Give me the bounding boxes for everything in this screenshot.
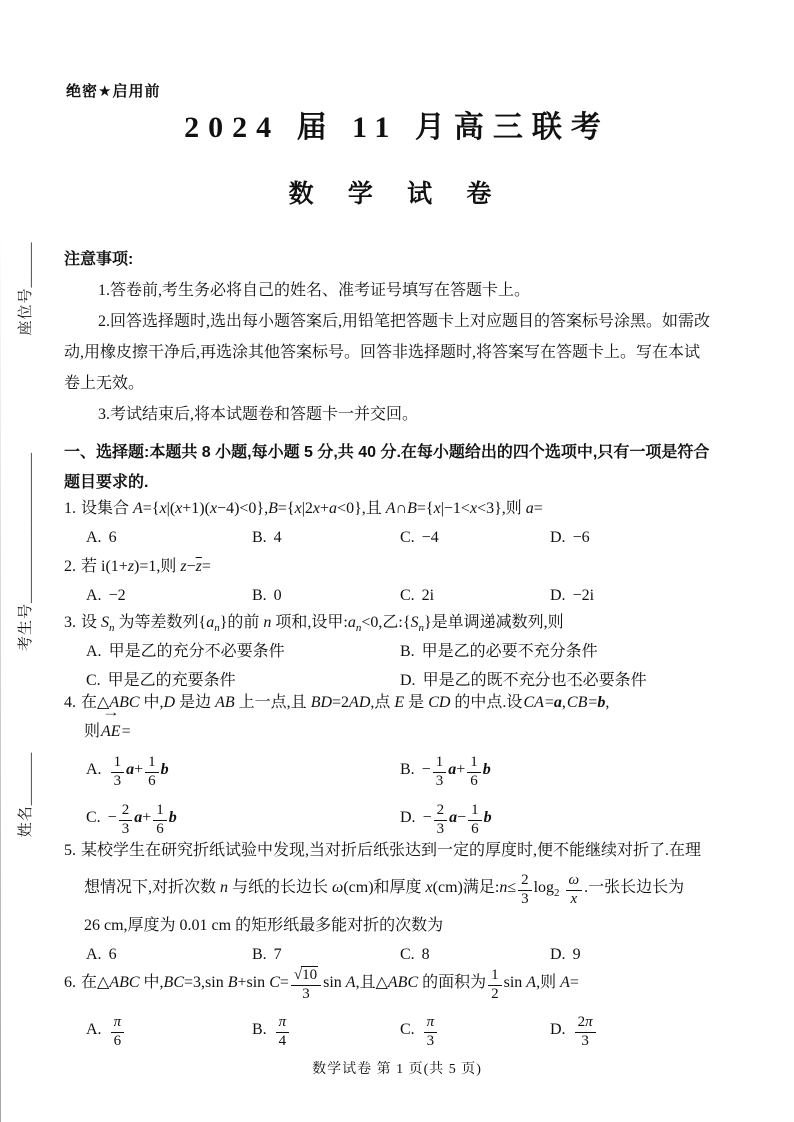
options-row: A.−2B.0C.2iD.−2i xyxy=(64,581,734,610)
radicand: 10 xyxy=(301,966,318,983)
option: C.−4 xyxy=(400,523,550,552)
math-var: B xyxy=(268,500,278,517)
question: 1.设集合 A={x|(x+1)(x−4)<0},B={x|2x+a<0},且 … xyxy=(64,494,734,552)
math-var: A xyxy=(386,500,396,517)
math-vector-symbol: b xyxy=(169,809,177,826)
math-vector-symbol: a xyxy=(449,809,457,826)
math-subscript: n xyxy=(214,622,220,634)
math-fraction: π6 xyxy=(111,1015,125,1050)
option: B.4 xyxy=(252,523,400,552)
question-line: 则→AE= xyxy=(64,717,734,746)
fraction-numerator: √10 xyxy=(291,968,321,986)
question-number: 2. xyxy=(64,558,76,575)
question-line: 1.设集合 A={x|(x+1)(x−4)<0},B={x|2x+a<0},且 … xyxy=(64,494,734,523)
question: 2.若 i(1+z)=1,则 z−z=A.−2B.0C.2iD.−2i xyxy=(64,552,734,610)
math-var: n xyxy=(499,879,507,896)
fraction-denominator: 6 xyxy=(145,773,159,790)
option-label: B. xyxy=(400,761,415,778)
seal-field-candidate-number: 考生号____________________ xyxy=(14,453,35,651)
option-label: B. xyxy=(252,1021,267,1038)
question-line: 26 cm,厚度为 0.01 cm 的矩形纸最多能对折的次数为 xyxy=(64,911,734,940)
fraction-denominator: 3 xyxy=(111,773,125,790)
math-fraction: 23 xyxy=(434,803,448,838)
math-var: π xyxy=(114,1014,122,1030)
question: 3.设 Sn 为等差数列{an}的前 n 项和,设甲:an<0,乙:{Sn}是单… xyxy=(64,608,734,695)
options-row: A.6B.4C.−4D.−6 xyxy=(64,523,734,552)
option-label: C. xyxy=(86,809,101,826)
math-subscript: 2 xyxy=(554,887,560,899)
question-line: 3.设 Sn 为等差数列{an}的前 n 项和,设甲:an<0,乙:{Sn}是单… xyxy=(64,608,734,637)
option: A.−2 xyxy=(86,581,252,610)
fraction-numerator: π xyxy=(424,1015,438,1033)
option: A.6 xyxy=(86,523,252,552)
math-var: BD xyxy=(311,694,332,711)
notice-line: 1.答卷前,考生务必将自己的姓名、准考证号填写在答题卡上。 xyxy=(64,275,734,306)
question-line: 2.若 i(1+z)=1,则 z−z= xyxy=(64,552,734,581)
math-var: z xyxy=(128,558,134,575)
fraction-numerator: 1 xyxy=(145,755,159,773)
option-label: A. xyxy=(86,529,102,546)
math-var: AE xyxy=(101,723,121,740)
math-fraction: √103 xyxy=(291,968,321,1003)
math-var: π xyxy=(279,1014,287,1030)
math-var: z xyxy=(180,558,186,575)
option: C.2i xyxy=(400,581,550,610)
math-vector-symbol: b xyxy=(597,694,605,711)
math-var: Sn xyxy=(101,614,115,631)
math-subscript: n xyxy=(419,622,425,634)
fraction-numerator: 1 xyxy=(467,755,481,773)
math-fraction: 2π3 xyxy=(575,1015,596,1050)
math-sqrt: √10 xyxy=(294,967,318,983)
math-var: CB xyxy=(567,694,587,711)
math-vector-symbol: b xyxy=(483,761,491,778)
math-var: a xyxy=(329,500,337,517)
question-line: 4.在△ABC 中,D 是边 AB 上一点,且 BD=2AD,点 E 是 CD … xyxy=(64,688,734,717)
fraction-numerator: 1 xyxy=(111,755,125,773)
fraction-numerator: 2 xyxy=(119,803,133,821)
seal-field-label: 姓名 xyxy=(18,805,34,837)
fraction-denominator: 3 xyxy=(518,891,532,908)
fraction-denominator: 4 xyxy=(276,1033,290,1050)
fraction-denominator: 2 xyxy=(488,986,502,1003)
math-var: B xyxy=(228,974,238,991)
math-var: A xyxy=(526,974,536,991)
math-fraction: 16 xyxy=(468,803,482,838)
option-label: B. xyxy=(400,643,415,660)
option: D.−2i xyxy=(550,581,734,610)
fraction-numerator: 1 xyxy=(468,803,482,821)
section-header-line: 一、选择题:本题共 8 小题,每小题 5 分,共 40 分.在每小题给出的四个选… xyxy=(64,438,734,468)
math-vector: →AE xyxy=(100,717,122,746)
notice-heading: 注意事项: xyxy=(64,244,734,275)
fraction-denominator: 3 xyxy=(424,1033,438,1050)
question-line: 5.某校学生在研究折纸试验中发现,当对折后纸张达到一定的厚度时,便不能继续对折了… xyxy=(64,836,734,865)
fraction-numerator: π xyxy=(276,1015,290,1033)
option-label: C. xyxy=(400,529,415,546)
option: A.13a+16b xyxy=(86,746,400,794)
seal-field-label: 座位号 xyxy=(18,287,34,335)
vector-arrow-icon: → xyxy=(525,677,543,689)
math-var: x xyxy=(470,500,477,517)
options-row: A.13a+16bB.−13a+16bC.−23a+16bD.−23a−16b xyxy=(64,746,734,842)
math-subscript: n xyxy=(109,622,115,634)
classification-label: 绝密★启用前 xyxy=(66,80,160,101)
option: D.−6 xyxy=(550,523,734,552)
math-var: n xyxy=(263,614,271,631)
math-var: x xyxy=(313,500,320,517)
question-number: 1. xyxy=(64,500,76,517)
option: D.2π3 xyxy=(550,1006,734,1054)
math-var: ω xyxy=(569,872,580,888)
options-row: A.π6B.π4C.π3D.2π3 xyxy=(64,1006,734,1054)
seal-field-name: 姓名_______ xyxy=(14,753,35,838)
math-vector-symbol: a xyxy=(448,761,456,778)
notice-list: 1.答卷前,考生务必将自己的姓名、准考证号填写在答题卡上。2.回答选择题时,选出… xyxy=(64,275,734,430)
math-var: x xyxy=(571,891,578,907)
math-var: a xyxy=(526,500,534,517)
fraction-numerator: 2 xyxy=(434,803,448,821)
option-label: B. xyxy=(252,587,267,604)
option: D.−23a−16b xyxy=(400,794,734,842)
fraction-numerator: 2π xyxy=(575,1015,596,1033)
math-conjugate: z xyxy=(196,558,202,575)
fraction-numerator: 1 xyxy=(153,803,167,821)
math-var: n xyxy=(220,879,228,896)
fraction-denominator: 3 xyxy=(291,986,321,1003)
notice-section: 注意事项: 1.答卷前,考生务必将自己的姓名、准考证号填写在答题卡上。2.回答选… xyxy=(64,244,734,430)
math-vector-symbol: a xyxy=(134,809,142,826)
math-var: x xyxy=(434,500,441,517)
question: 6.在△ABC 中,BC=3,sin B+sin C=√103sin A,且△A… xyxy=(64,960,734,1054)
option-label: D. xyxy=(550,529,566,546)
fraction-denominator: 3 xyxy=(575,1033,596,1050)
math-var: B xyxy=(407,500,417,517)
option-label: A. xyxy=(86,587,102,604)
math-var: x xyxy=(295,500,302,517)
vector-arrow-icon: → xyxy=(102,706,120,718)
options-row: A.甲是乙的充分不必要条件B.甲是乙的必要不充分条件C.甲是乙的充要条件D.甲是… xyxy=(64,637,734,695)
question-line: 6.在△ABC 中,BC=3,sin B+sin C=√103sin A,且△A… xyxy=(64,960,734,1006)
math-var: D xyxy=(164,694,176,711)
math-vector: →CA xyxy=(522,688,544,717)
seal-blank-line: _______ xyxy=(18,753,34,806)
option: B.−13a+16b xyxy=(400,746,734,794)
math-fraction: π3 xyxy=(424,1015,438,1050)
option: C.−23a+16b xyxy=(86,794,400,842)
math-subscript: n xyxy=(356,622,362,634)
math-vector: →CB xyxy=(566,688,588,717)
option: A.π6 xyxy=(86,1006,252,1054)
seal-blank-line: ______ xyxy=(18,242,34,287)
math-fraction: 16 xyxy=(153,803,167,838)
math-fraction: 13 xyxy=(433,755,447,790)
page-footer: 数学试卷 第 1 页(共 5 页) xyxy=(0,1058,794,1078)
vector-arrow-icon: → xyxy=(568,677,586,689)
fraction-numerator: 2 xyxy=(518,873,532,891)
seal-field-seat-number: 座位号______ xyxy=(14,242,35,335)
math-var: x xyxy=(426,879,433,896)
math-var: π xyxy=(585,1014,593,1030)
fraction-numerator: π xyxy=(111,1015,125,1033)
question-number: 3. xyxy=(64,614,76,631)
fraction-denominator: x xyxy=(566,891,583,908)
math-var: π xyxy=(427,1014,435,1030)
option-label: B. xyxy=(252,529,267,546)
fraction-denominator: 6 xyxy=(467,773,481,790)
question-line: 想情况下,对折次数 n 与纸的长边长 ω(cm)和厚度 x(cm)满足:n≤23… xyxy=(64,865,734,911)
math-var: an xyxy=(348,614,362,631)
math-var: CA xyxy=(523,694,543,711)
question: 5.某校学生在研究折纸试验中发现,当对折后纸张达到一定的厚度时,便不能继续对折了… xyxy=(64,836,734,969)
option-label: A. xyxy=(86,1021,102,1038)
question-number: 5. xyxy=(64,842,76,859)
math-vector-symbol: a xyxy=(126,761,134,778)
math-vector-symbol: a xyxy=(554,694,562,711)
fraction-denominator: 6 xyxy=(111,1033,125,1050)
math-var: BC xyxy=(164,974,184,991)
math-var: CD xyxy=(428,694,450,711)
math-var: A xyxy=(560,974,570,991)
question: 4.在△ABC 中,D 是边 AB 上一点,且 BD=2AD,点 E 是 CD … xyxy=(64,688,734,842)
math-var: ABC xyxy=(109,974,139,991)
option-label: C. xyxy=(86,672,101,689)
option-label: C. xyxy=(400,1021,415,1038)
option: B.π4 xyxy=(252,1006,400,1054)
notice-line: 2.回答选择题时,选出每小题答案后,用铅笔把答题卡上对应题目的答案标号涂黑。如需… xyxy=(64,306,734,337)
fraction-numerator: ω xyxy=(566,873,583,891)
option-label: D. xyxy=(550,1021,566,1038)
exam-title: 2024 届 11 月高三联考 xyxy=(0,102,794,146)
math-fraction: 16 xyxy=(467,755,481,790)
math-var: C xyxy=(269,974,280,991)
option: B.0 xyxy=(252,581,400,610)
math-var: an xyxy=(206,614,220,631)
math-vector-symbol: b xyxy=(484,809,492,826)
math-fraction: 23 xyxy=(518,873,532,908)
math-var: AB xyxy=(215,694,235,711)
option-label: D. xyxy=(400,672,416,689)
math-fraction: 12 xyxy=(488,968,502,1003)
option-label: D. xyxy=(400,809,416,826)
fraction-denominator: 3 xyxy=(433,773,447,790)
math-var: x xyxy=(175,500,182,517)
notice-line: 3.考试结束后,将本试题卷和答题卡一并交回。 xyxy=(64,399,734,430)
exam-page: 绝密★启用前 2024 届 11 月高三联考 数 学 试 卷 座位号______… xyxy=(0,0,794,1122)
math-var: E xyxy=(394,694,404,711)
fraction-numerator: 1 xyxy=(488,968,502,986)
math-var: ABC xyxy=(388,974,418,991)
math-fraction: 13 xyxy=(111,755,125,790)
math-vector-symbol: b xyxy=(161,761,169,778)
section-header: 一、选择题:本题共 8 小题,每小题 5 分,共 40 分.在每小题给出的四个选… xyxy=(64,438,734,498)
math-var: A xyxy=(346,974,356,991)
math-var: A xyxy=(133,500,143,517)
math-fraction: π4 xyxy=(276,1015,290,1050)
fraction-numerator: 1 xyxy=(433,755,447,773)
question-number: 6. xyxy=(64,974,76,991)
option-label: A. xyxy=(86,761,102,778)
option: C.π3 xyxy=(400,1006,550,1054)
option-label: C. xyxy=(400,587,415,604)
math-var: Sn xyxy=(411,614,425,631)
math-var: x xyxy=(210,500,217,517)
option: A.甲是乙的充分不必要条件 xyxy=(86,637,400,666)
math-var: ω xyxy=(332,879,343,896)
exam-subtitle: 数 学 试 卷 xyxy=(0,174,794,210)
seal-field-label: 考生号 xyxy=(18,603,34,651)
option-label: A. xyxy=(86,643,102,660)
question-number: 4. xyxy=(64,694,76,711)
math-var: AD xyxy=(349,694,370,711)
option-label: D. xyxy=(550,587,566,604)
math-fraction: 16 xyxy=(145,755,159,790)
seal-blank-line: ____________________ xyxy=(18,453,34,603)
notice-line: 动,用橡皮擦干净后,再选涂其他答案标号。回答非选择题时,将答案写在答题卡上。写在… xyxy=(64,337,734,368)
math-fraction: 23 xyxy=(119,803,133,838)
notice-line: 卷上无效。 xyxy=(64,368,734,399)
math-fraction: ωx xyxy=(566,873,583,908)
option: B.甲是乙的必要不充分条件 xyxy=(400,637,734,666)
math-var: x xyxy=(160,500,167,517)
